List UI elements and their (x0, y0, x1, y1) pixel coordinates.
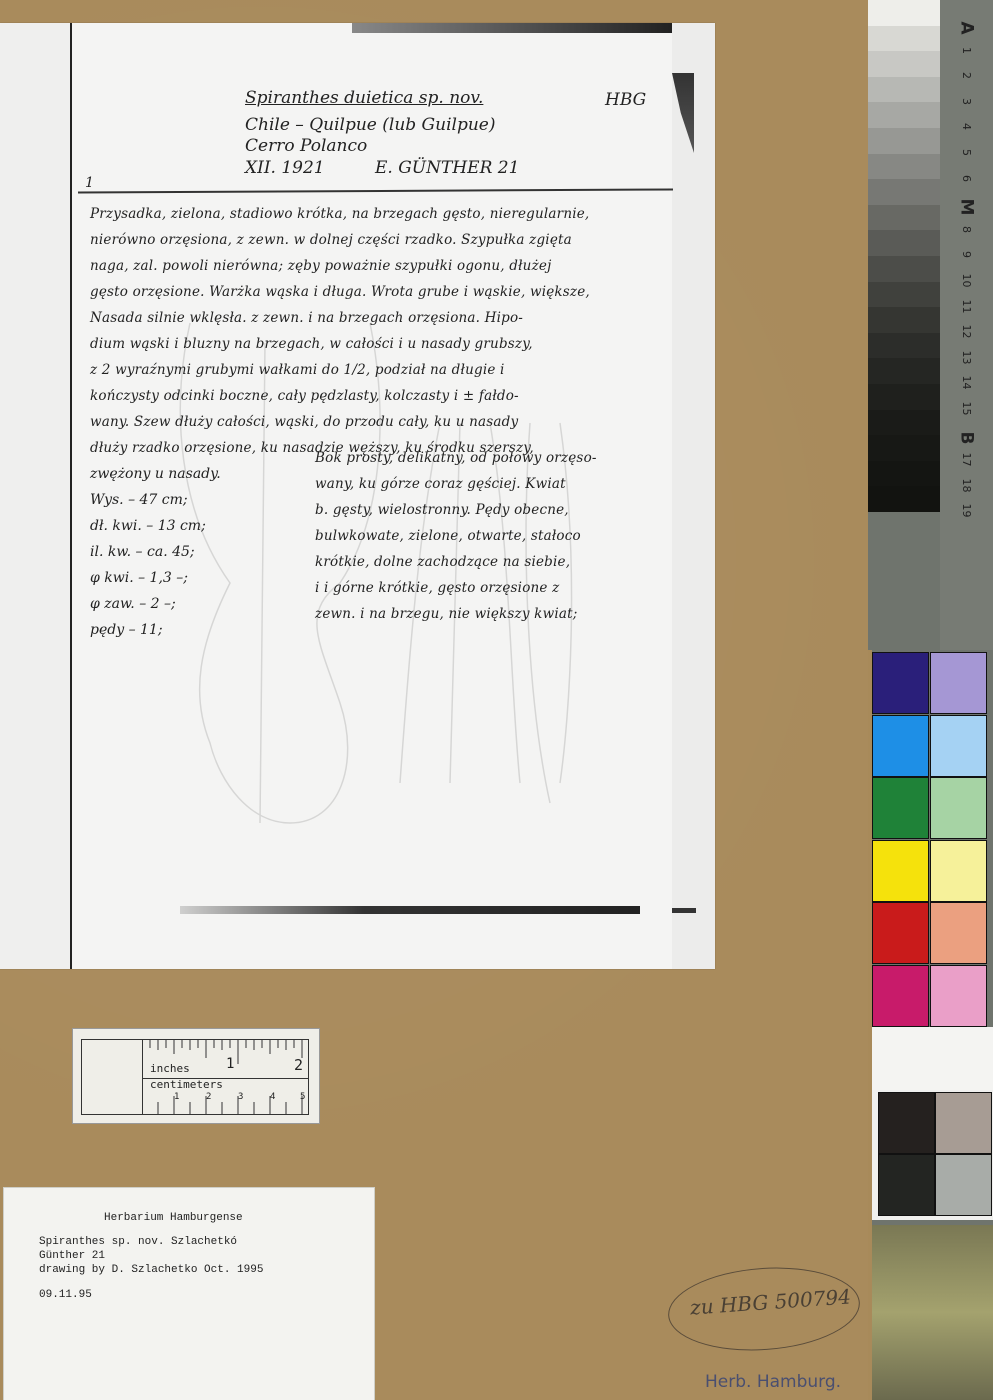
blue-dark-patch (872, 652, 929, 714)
cyan-light-patch (930, 715, 987, 777)
gray-step-patch (868, 51, 940, 77)
label-collector-number: Günther 21 (39, 1250, 105, 1262)
description-sheet: Spiranthes duietica sp. nov. HBG Chile –… (0, 23, 715, 969)
sheet-right-overlay (672, 23, 715, 969)
gray-step-patch (868, 358, 940, 384)
gray-scale-column (868, 0, 940, 512)
gray-step-patch (868, 102, 940, 128)
gray-step-patch (868, 77, 940, 103)
body-line: b. gęsty, wielostronny. Pędy obecne, (315, 497, 597, 523)
gray-step-patch (868, 410, 940, 436)
neutral-dark-patch (878, 1154, 935, 1216)
body-line: gęsto orzęsione. Warżka wąska i długa. W… (90, 279, 590, 305)
header-locality-1: Chile – Quilpue (lub Guilpue) (245, 115, 495, 136)
body-line: z 2 wyraźnymi grubymi wałkami do 1/2, po… (90, 357, 590, 383)
measurement-line: φ kwi. – 1,3 –; (90, 565, 221, 591)
out-of-focus-background (872, 1225, 993, 1400)
ruler-centimeters-label: centimeters (150, 1078, 223, 1091)
measurement-line: Wys. – 47 cm; (90, 487, 221, 513)
header-code: HBG (605, 90, 646, 111)
photocopy-artifact-bottom-right (672, 908, 696, 913)
color-calibration-chart: A123456M89101112131415B171819 (868, 0, 993, 1400)
header-collector: E. GÜNTHER 21 (375, 158, 519, 179)
ruler-cm-mark: 2 (206, 1092, 211, 1102)
gray-step-patch (868, 384, 940, 410)
ruler-cm-mark: 1 (174, 1092, 179, 1102)
body-line: zewn. i na brzegu, nie większy kwiat; (315, 601, 597, 627)
herbarium-stamp: Herb. Hamburg. (705, 1372, 841, 1392)
measurement-line: pędy – 11; (90, 617, 221, 643)
yellow-light-patch (930, 840, 987, 902)
body-line: Nasada silnie wklęsła. z zewn. i na brze… (90, 305, 590, 331)
ruler-cm-mark: 5 (300, 1092, 305, 1102)
header-title: Spiranthes duietica sp. nov. (245, 88, 483, 109)
measurement-line: φ zaw. – 2 –; (90, 591, 221, 617)
body-line: kończysty odcinki boczne, cały pędzlasty… (90, 383, 590, 409)
header-rule (78, 188, 673, 193)
gray-step-patch (868, 0, 940, 26)
ruler-inches-label: inches (150, 1062, 190, 1075)
body-line: wany, ku górze coraz gęściej. Kwiat (315, 471, 597, 497)
measurement-line: zwężony u nasady. (90, 461, 221, 487)
photocopy-artifact-bottom (180, 906, 640, 914)
gray-step-patch (868, 256, 940, 282)
cyan-dark-patch (872, 715, 929, 777)
gray-step-patch (868, 230, 940, 256)
neutral-light-patch (935, 1154, 992, 1216)
body-line: bulwkowate, zielone, otwarte, stałoco (315, 523, 597, 549)
scale-label: 19 (960, 484, 973, 537)
gray-step-patch (868, 128, 940, 154)
gray-step-patch (868, 154, 940, 180)
body-line: naga, zal. powoli nierówna; zęby poważni… (90, 253, 590, 279)
body-line: wany. Szew dłuży całości, wąski, do przo… (90, 409, 590, 435)
ruler-inch-mark: 1 (226, 1056, 234, 1072)
body-line: nierówno orzęsiona, z zewn. w dolnej czę… (90, 227, 590, 253)
green-dark-patch (872, 777, 929, 839)
yellow-dark-patch (872, 840, 929, 902)
gray-step-patch (868, 307, 940, 333)
magenta-light-patch (930, 965, 987, 1027)
gray-scale-labels: A123456M89101112131415B171819 (940, 0, 993, 650)
neutral-light-patch (935, 1092, 992, 1154)
magenta-dark-patch (872, 965, 929, 1027)
label-date: 09.11.95 (39, 1289, 92, 1301)
herbarium-label: Herbarium Hamburgense Spiranthes sp. nov… (3, 1187, 375, 1400)
body-line: Przysadka, zielona, stadiowo krótka, na … (90, 201, 590, 227)
body-line: dium wąski i bluzny na brzegach, w całoś… (90, 331, 590, 357)
red-dark-patch (872, 902, 929, 964)
ruler-inch-mark: 2 (294, 1056, 303, 1074)
label-taxon: Spiranthes sp. nov. Szlachetkó (39, 1236, 237, 1248)
gray-step-patch (868, 205, 940, 231)
body-line: Bok prosty, delikatny, od połowy orzęso- (315, 445, 597, 471)
description-right-column: Bok prosty, delikatny, od połowy orzęso-… (315, 445, 597, 627)
header-locality-2: Cerro Polanco (245, 136, 367, 157)
measurement-line: il. kw. – ca. 45; (90, 539, 221, 565)
ruler-ticks (142, 1040, 308, 1114)
gray-step-patch (868, 26, 940, 52)
sheet-left-margin (0, 23, 72, 969)
white-patch (872, 1027, 993, 1090)
gray-step-patch (868, 333, 940, 359)
label-institution: Herbarium Hamburgense (104, 1212, 243, 1224)
green-light-patch (930, 777, 987, 839)
measurement-line: dł. kwi. – 13 cm; (90, 513, 221, 539)
ruler-cm-mark: 3 (238, 1092, 243, 1102)
measurements-column: zwężony u nasady. Wys. – 47 cm; dł. kwi.… (90, 461, 221, 643)
description-body: Przysadka, zielona, stadiowo krótka, na … (90, 201, 590, 461)
gray-step-patch (868, 461, 940, 487)
label-note: drawing by D. Szlachetko Oct. 1995 (39, 1264, 263, 1276)
red-light-patch (930, 902, 987, 964)
ruler-blank-area (82, 1040, 143, 1114)
body-line: i i górne krótkie, gęsto orzęsione z (315, 575, 597, 601)
blue-light-patch (930, 652, 987, 714)
photocopy-artifact-top (352, 23, 672, 33)
neutral-dark-patch (878, 1092, 935, 1154)
header-date: XII. 1921 (245, 158, 325, 179)
scale-ruler: inches 1 2 centimeters 1 2 3 4 5 (72, 1028, 320, 1124)
ruler-cm-mark: 4 (270, 1092, 275, 1102)
gray-step-patch (868, 282, 940, 308)
bottom-patch-grid (872, 1090, 993, 1220)
body-line: krótkie, dolne zachodzące na siebie, (315, 549, 597, 575)
gray-step-patch (868, 486, 940, 512)
gray-step-patch (868, 179, 940, 205)
gray-step-patch (868, 435, 940, 461)
